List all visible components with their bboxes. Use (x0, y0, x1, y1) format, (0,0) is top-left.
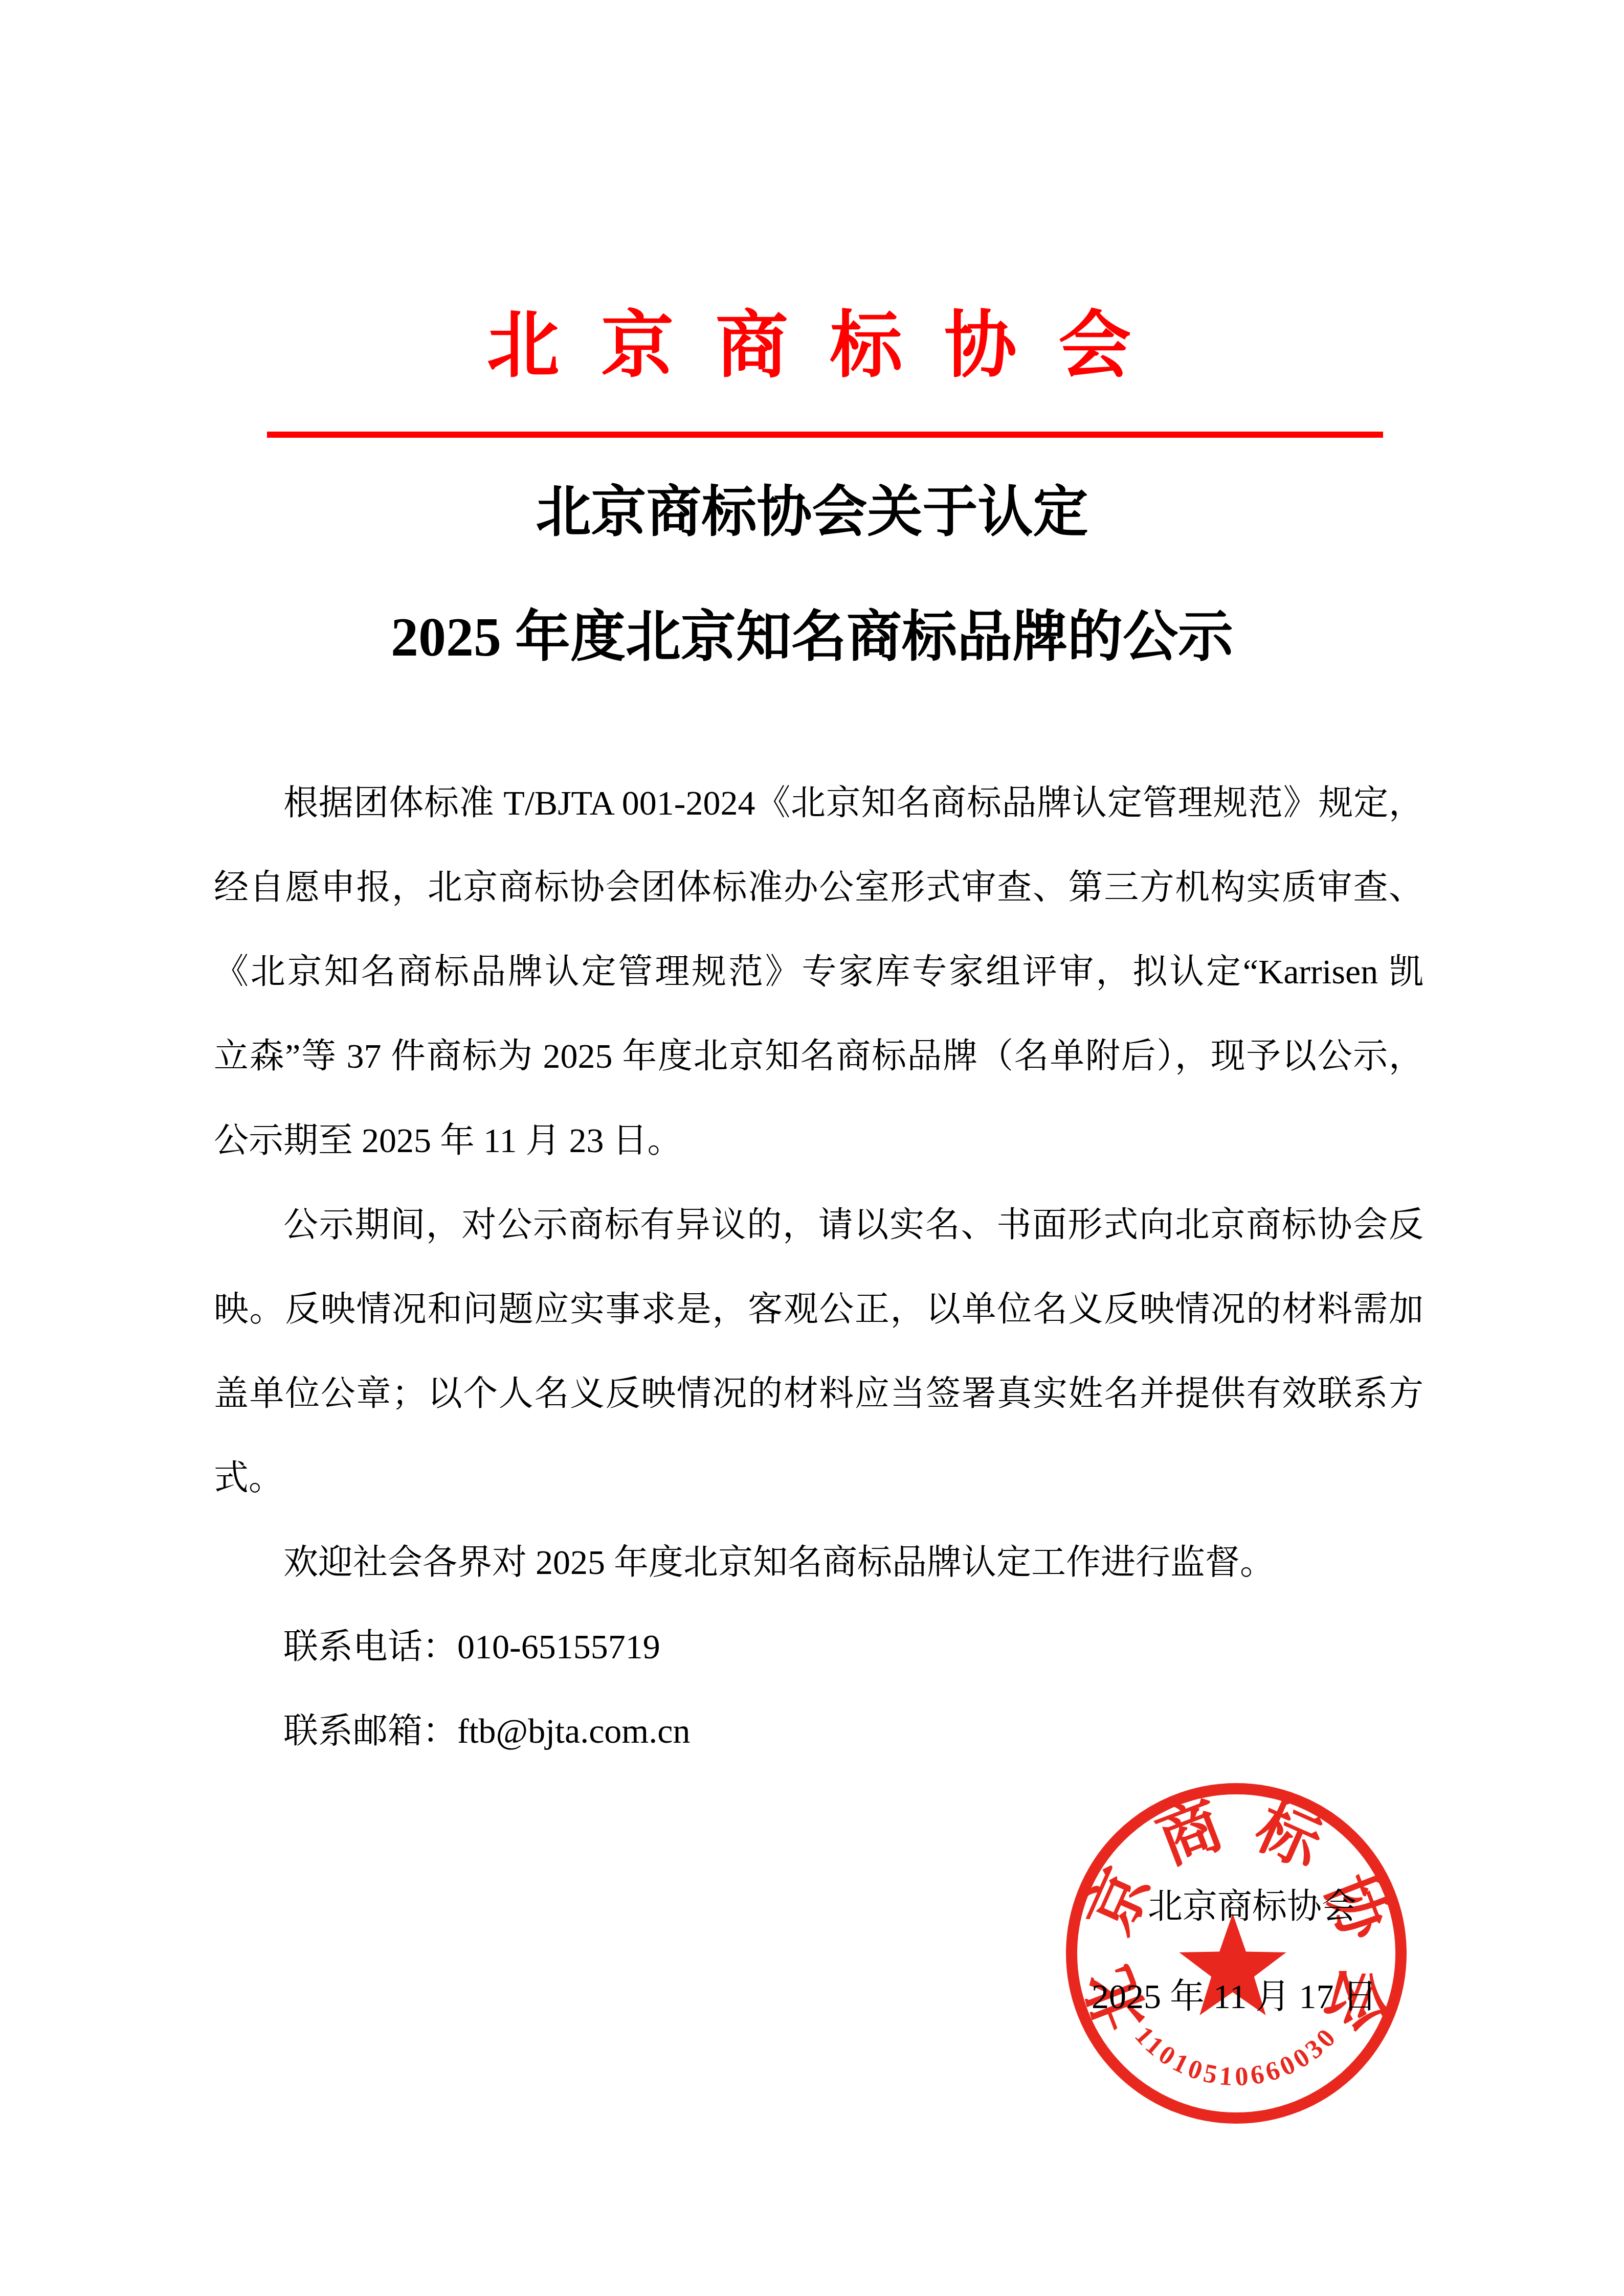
body-line: 公示期至 2025 年 11 月 23 日。 (214, 1098, 1423, 1183)
body-line: 公示期间，对公示商标有异议的，请以实名、书面形式向北京商标协会反 (214, 1183, 1423, 1267)
seal-star-icon (1179, 1914, 1286, 2015)
body-line: 盖单位公章；以个人名义反映情况的材料应当签署真实姓名并提供有效联系方 (214, 1352, 1423, 1436)
body-line: 根据团体标准 T/BJTA 001-2024《北京知名商标品牌认定管理规范》规定… (214, 761, 1423, 845)
body-line-phone: 联系电话：010-65155719 (214, 1605, 1423, 1689)
seal-code-text: 11010510660030 (1129, 2021, 1343, 2091)
body-line-email: 联系邮箱：ftb@bjta.com.cn (214, 1689, 1423, 1773)
letterhead-org-name: 北 京 商 标 协 会 (0, 305, 1624, 387)
body-line: 式。 (214, 1436, 1423, 1520)
body-line: 立森”等 37 件商标为 2025 年度北京知名商标品牌（名单附后），现予以公示… (214, 1014, 1423, 1098)
letterhead-divider (267, 432, 1383, 438)
body-line: 欢迎社会各界对 2025 年度北京知名商标品牌认定工作进行监督。 (214, 1520, 1423, 1605)
official-seal: 北 京 商 标 协 会 11010510660030 (1060, 1777, 1413, 2130)
body-line: 经自愿申报，北京商标协会团体标准办公室形式审查、第三方机构实质审查、 (214, 845, 1423, 930)
body-line: 映。反映情况和问题应实事求是，客观公正，以单位名义反映情况的材料需加 (214, 1267, 1423, 1352)
document-page: 北 京 商 标 协 会 北京商标协会关于认定 2025 年度北京知名商标品牌的公… (0, 0, 1624, 2296)
doc-title-line2: 2025 年度北京知名商标品牌的公示 (0, 604, 1624, 671)
body-line: 《北京知名商标品牌认定管理规范》专家库专家组评审，拟认定“Karrisen 凯 (214, 930, 1423, 1014)
body-text: 根据团体标准 T/BJTA 001-2024《北京知名商标品牌认定管理规范》规定… (214, 761, 1423, 1773)
doc-title-line1: 北京商标协会关于认定 (0, 480, 1624, 546)
